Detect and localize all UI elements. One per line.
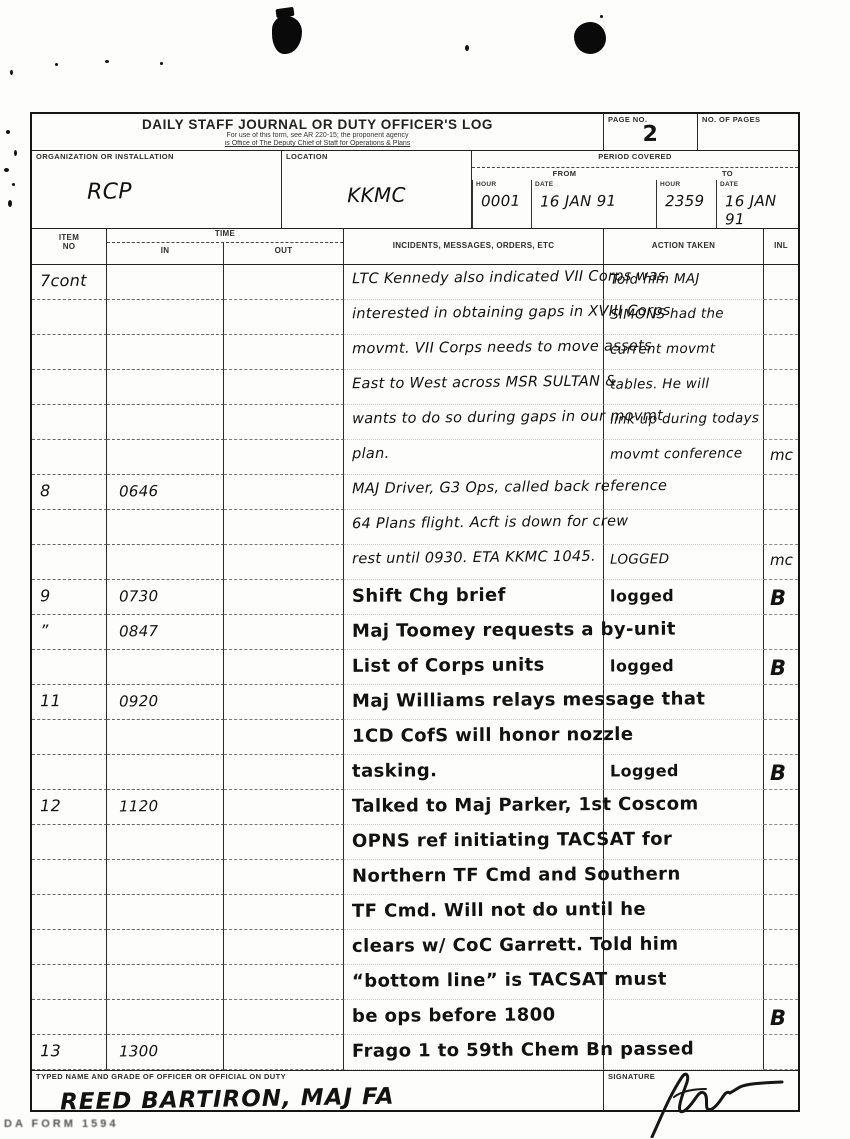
log-row: be ops before 1800B	[32, 1000, 798, 1035]
scan-noise	[4, 168, 9, 172]
cell-action-taken: Told him MAJ	[604, 265, 764, 300]
cell-initials	[764, 265, 798, 300]
log-row: 80646MAJ Driver, G3 Ops, called back ref…	[32, 475, 798, 510]
cell-item-no: 12	[32, 790, 107, 825]
page-no-value: 2	[604, 122, 697, 148]
cell-action-taken: logged	[604, 580, 764, 615]
scan-noise	[55, 63, 58, 66]
cell-time-in	[107, 265, 224, 300]
log-row: TF Cmd. Will not do until he	[32, 895, 798, 930]
cell-time-out	[224, 860, 344, 895]
cell-action-taken	[604, 685, 764, 720]
log-row: interested in obtaining gaps in XVIII Co…	[32, 300, 798, 335]
cell-action-taken: Logged	[604, 755, 764, 790]
cell-item-no	[32, 405, 107, 440]
log-row: ”0847Maj Toomey requests a by-unit	[32, 615, 798, 650]
cell-time-in: 0847	[107, 615, 224, 650]
cell-time-in	[107, 755, 224, 790]
cell-action-taken: current movmt	[604, 335, 764, 370]
cell-initials	[764, 685, 798, 720]
log-row: List of Corps unitsloggedB	[32, 650, 798, 685]
cell-item-no: 8	[32, 475, 107, 510]
cell-time-in	[107, 1000, 224, 1035]
cell-initials	[764, 895, 798, 930]
location-box: LOCATION KKMC	[282, 151, 472, 228]
hole-punch-mark-right	[574, 22, 606, 54]
table-header-row: ITEM NO TIME IN OUT INCIDENTS, MESSAGES,…	[32, 229, 798, 265]
cell-action-taken: logged	[604, 650, 764, 685]
cell-incident-text: clears w/ CoC Garrett. Told him	[344, 930, 604, 965]
cell-time-out	[224, 545, 344, 580]
signature-scribble	[574, 1053, 814, 1138]
cell-time-out	[224, 1000, 344, 1035]
cell-action-taken	[604, 510, 764, 545]
cell-incident-text: 1CD CofS will honor nozzle	[344, 720, 604, 755]
cell-action-taken	[604, 475, 764, 510]
cell-incident-text: Northern TF Cmd and Southern	[344, 860, 604, 895]
cell-incident-text: tasking.	[344, 755, 604, 790]
cell-time-out	[224, 790, 344, 825]
cell-item-no	[32, 895, 107, 930]
cell-time-in: 0920	[107, 685, 224, 720]
cell-time-out	[224, 475, 344, 510]
cell-time-out	[224, 755, 344, 790]
hole-punch-mark-left	[272, 16, 302, 54]
cell-initials: mc	[764, 545, 798, 580]
cell-initials	[764, 405, 798, 440]
cell-time-in: 0646	[107, 475, 224, 510]
header-item-no: ITEM NO	[32, 229, 107, 264]
cell-time-out	[224, 615, 344, 650]
cell-item-no	[32, 965, 107, 1000]
cell-initials	[764, 300, 798, 335]
period-grid: HOUR 0001 DATE 16 JAN 91 HOUR 2359 DATE …	[472, 180, 798, 228]
cell-item-no	[32, 545, 107, 580]
log-row: OPNS ref initiating TACSAT for	[32, 825, 798, 860]
cell-item-no: 7cont	[32, 265, 107, 300]
cell-incident-text: 64 Plans flight. Acft is down for crew	[344, 510, 604, 545]
typed-name-value: REED BARTIRON, MAJ FA	[32, 1076, 603, 1116]
cell-item-no	[32, 440, 107, 475]
cell-action-taken	[604, 615, 764, 650]
scan-noise	[8, 200, 12, 207]
cell-item-no	[32, 930, 107, 965]
cell-action-taken	[604, 860, 764, 895]
from-date-box: DATE 16 JAN 91	[532, 180, 657, 228]
from-label: FROM	[472, 168, 657, 181]
cell-incident-text: LTC Kennedy also indicated VII Corps was	[344, 265, 604, 300]
cell-initials	[764, 825, 798, 860]
cell-time-out	[224, 1035, 344, 1070]
cell-incident-text: East to West across MSR SULTAN &	[344, 370, 604, 405]
cell-item-no: 11	[32, 685, 107, 720]
cell-initials: B	[764, 650, 798, 685]
cell-time-in	[107, 930, 224, 965]
cell-incident-text: Maj Toomey requests a by-unit	[344, 615, 604, 650]
log-row: 121120Talked to Maj Parker, 1st Coscom	[32, 790, 798, 825]
cell-item-no: 9	[32, 580, 107, 615]
cell-incident-text: interested in obtaining gaps in XVIII Co…	[344, 300, 604, 335]
cell-time-out	[224, 440, 344, 475]
period-fromto-labels: FROM TO	[472, 168, 798, 181]
cell-time-out	[224, 825, 344, 860]
cell-action-taken	[604, 720, 764, 755]
to-label: TO	[657, 168, 798, 181]
cell-item-no	[32, 335, 107, 370]
cell-time-in	[107, 895, 224, 930]
cell-time-out	[224, 405, 344, 440]
cell-initials: B	[764, 755, 798, 790]
scan-noise	[105, 60, 109, 63]
to-date-box: DATE 16 JAN 91	[717, 180, 798, 228]
cell-time-out	[224, 930, 344, 965]
cell-incident-text: TF Cmd. Will not do until he	[344, 895, 604, 930]
scan-noise	[600, 15, 603, 18]
cell-initials	[764, 965, 798, 1000]
header-item-line2: NO	[32, 242, 106, 251]
log-row: 110920Maj Williams relays message that	[32, 685, 798, 720]
cell-item-no	[32, 825, 107, 860]
cell-time-out	[224, 300, 344, 335]
cell-time-out	[224, 335, 344, 370]
log-row: movmt. VII Corps needs to move assetscur…	[32, 335, 798, 370]
cell-time-in	[107, 440, 224, 475]
cell-action-taken	[604, 895, 764, 930]
log-row: plan.movmt conferencemc	[32, 440, 798, 475]
cell-time-out	[224, 510, 344, 545]
header-initials: INL	[764, 229, 798, 264]
cell-action-taken	[604, 1000, 764, 1035]
cell-action-taken	[604, 930, 764, 965]
cell-time-in	[107, 300, 224, 335]
cell-incident-text: OPNS ref initiating TACSAT for	[344, 825, 604, 860]
cell-initials	[764, 790, 798, 825]
log-row: rest until 0930. ETA KKMC 1045.LOGGEDmc	[32, 545, 798, 580]
log-row: clears w/ CoC Garrett. Told him	[32, 930, 798, 965]
organization-value: RCP	[32, 160, 281, 206]
form-subtitle-line2: is Office of The Deputy Chief of Staff f…	[32, 140, 603, 148]
cell-action-taken: movmt conference	[604, 440, 764, 475]
cell-initials	[764, 370, 798, 405]
form-title: DAILY STAFF JOURNAL OR DUTY OFFICER'S LO…	[32, 117, 603, 132]
log-row: East to West across MSR SULTAN &tables. …	[32, 370, 798, 405]
cell-item-no	[32, 860, 107, 895]
to-hour-value: 2359	[657, 188, 716, 211]
period-covered-label: PERIOD COVERED	[472, 151, 798, 167]
form-subtitle-line1: For use of this form, see AR 220-15; the…	[32, 132, 603, 140]
log-row: Northern TF Cmd and Southern	[32, 860, 798, 895]
cell-action-taken: SIMONS had the	[604, 300, 764, 335]
log-row: “bottom line” is TACSAT must	[32, 965, 798, 1000]
form-number: DA FORM 1594	[4, 1118, 118, 1130]
scan-noise	[6, 130, 10, 134]
scan-noise	[14, 150, 17, 156]
cell-incident-text: Maj Williams relays message that	[344, 685, 604, 720]
cell-time-out	[224, 965, 344, 1000]
cell-time-in	[107, 405, 224, 440]
header-incidents: INCIDENTS, MESSAGES, ORDERS, ETC	[344, 229, 604, 264]
cell-time-out	[224, 370, 344, 405]
cell-initials	[764, 720, 798, 755]
cell-time-in	[107, 545, 224, 580]
to-date-value: 16 JAN 91	[717, 188, 798, 229]
cell-time-out	[224, 265, 344, 300]
cell-initials	[764, 335, 798, 370]
header-time-label: TIME	[107, 229, 343, 243]
cell-incident-text: Frago 1 to 59th Chem Bn passed	[344, 1035, 604, 1070]
scan-noise	[465, 45, 469, 51]
cell-initials: mc	[764, 440, 798, 475]
cell-time-out	[224, 895, 344, 930]
page-no-box: PAGE NO. 2	[604, 114, 698, 150]
cell-initials: B	[764, 1000, 798, 1035]
cell-action-taken: LOGGED	[604, 545, 764, 580]
header-item-line1: ITEM	[32, 233, 106, 242]
log-row: 1CD CofS will honor nozzle	[32, 720, 798, 755]
cell-initials	[764, 615, 798, 650]
cell-incident-text: rest until 0930. ETA KKMC 1045.	[344, 545, 604, 580]
cell-incident-text: MAJ Driver, G3 Ops, called back referenc…	[344, 475, 604, 510]
header-in-out: IN OUT	[107, 243, 343, 264]
footer-row: TYPED NAME AND GRADE OF OFFICER OR OFFIC…	[32, 1070, 798, 1110]
cell-time-in	[107, 965, 224, 1000]
log-row: 90730Shift Chg briefloggedB	[32, 580, 798, 615]
log-entries-body: 7contLTC Kennedy also indicated VII Corp…	[32, 265, 798, 1070]
cell-item-no: ”	[32, 615, 107, 650]
org-location-period-row: ORGANIZATION OR INSTALLATION RCP LOCATIO…	[32, 151, 798, 229]
cell-time-in	[107, 510, 224, 545]
form-title-row: DAILY STAFF JOURNAL OR DUTY OFFICER'S LO…	[32, 114, 798, 151]
cell-initials	[764, 860, 798, 895]
cell-initials	[764, 475, 798, 510]
cell-time-out	[224, 720, 344, 755]
cell-action-taken	[604, 965, 764, 1000]
scanned-document-page: { "form": { "title": "DAILY STAFF JOURNA…	[0, 0, 850, 1139]
cell-time-in	[107, 720, 224, 755]
cell-time-in	[107, 335, 224, 370]
cell-item-no	[32, 510, 107, 545]
cell-initials	[764, 930, 798, 965]
cell-initials: B	[764, 580, 798, 615]
cell-incident-text: Shift Chg brief	[344, 580, 604, 615]
cell-incident-text: Talked to Maj Parker, 1st Coscom	[344, 790, 604, 825]
header-out: OUT	[224, 243, 343, 264]
from-hour-box: HOUR 0001	[472, 180, 532, 228]
cell-time-out	[224, 650, 344, 685]
signature-box: SIGNATURE	[604, 1071, 798, 1110]
cell-time-in: 1300	[107, 1035, 224, 1070]
cell-action-taken	[604, 825, 764, 860]
cell-item-no	[32, 300, 107, 335]
cell-time-in	[107, 860, 224, 895]
cell-incident-text: “bottom line” is TACSAT must	[344, 965, 604, 1000]
to-hour-box: HOUR 2359	[657, 180, 717, 228]
header-action-taken: ACTION TAKEN	[604, 229, 764, 264]
cell-incident-text: be ops before 1800	[344, 1000, 604, 1035]
cell-action-taken: link up during todays	[604, 405, 764, 440]
cell-time-in	[107, 650, 224, 685]
cell-time-in: 1120	[107, 790, 224, 825]
no-of-pages-box: NO. OF PAGES	[698, 114, 798, 150]
from-hour-value: 0001	[473, 188, 531, 211]
cell-action-taken	[604, 790, 764, 825]
cell-incident-text: plan.	[344, 440, 604, 475]
location-value: KKMC	[282, 160, 471, 208]
cell-incident-text: movmt. VII Corps needs to move assets	[344, 335, 604, 370]
daily-staff-journal-form: DAILY STAFF JOURNAL OR DUTY OFFICER'S LO…	[30, 112, 800, 1112]
cell-time-in	[107, 370, 224, 405]
cell-item-no	[32, 755, 107, 790]
cell-incident-text: List of Corps units	[344, 650, 604, 685]
cell-time-in: 0730	[107, 580, 224, 615]
scan-noise	[12, 183, 15, 186]
scan-noise	[160, 62, 163, 65]
cell-item-no	[32, 650, 107, 685]
cell-time-out	[224, 685, 344, 720]
cell-time-in	[107, 825, 224, 860]
log-row: 64 Plans flight. Acft is down for crew	[32, 510, 798, 545]
scan-noise	[10, 70, 13, 75]
cell-item-no	[32, 370, 107, 405]
cell-item-no	[32, 1000, 107, 1035]
cell-action-taken: tables. He will	[604, 370, 764, 405]
typed-name-box: TYPED NAME AND GRADE OF OFFICER OR OFFIC…	[32, 1071, 604, 1110]
header-time: TIME IN OUT	[107, 229, 344, 264]
log-row: 7contLTC Kennedy also indicated VII Corp…	[32, 265, 798, 300]
cell-incident-text: wants to do so during gaps in our movmt	[344, 405, 604, 440]
log-row: tasking.LoggedB	[32, 755, 798, 790]
from-date-value: 16 JAN 91	[532, 188, 656, 211]
cell-initials	[764, 510, 798, 545]
no-of-pages-label: NO. OF PAGES	[698, 114, 798, 124]
cell-time-out	[224, 580, 344, 615]
header-in: IN	[107, 243, 224, 264]
organization-box: ORGANIZATION OR INSTALLATION RCP	[32, 151, 282, 228]
log-row: wants to do so during gaps in our movmtl…	[32, 405, 798, 440]
form-title-block: DAILY STAFF JOURNAL OR DUTY OFFICER'S LO…	[32, 114, 604, 150]
cell-item-no	[32, 720, 107, 755]
cell-item-no: 13	[32, 1035, 107, 1070]
period-covered-box: PERIOD COVERED FROM TO HOUR 0001 DATE 16…	[472, 151, 798, 228]
